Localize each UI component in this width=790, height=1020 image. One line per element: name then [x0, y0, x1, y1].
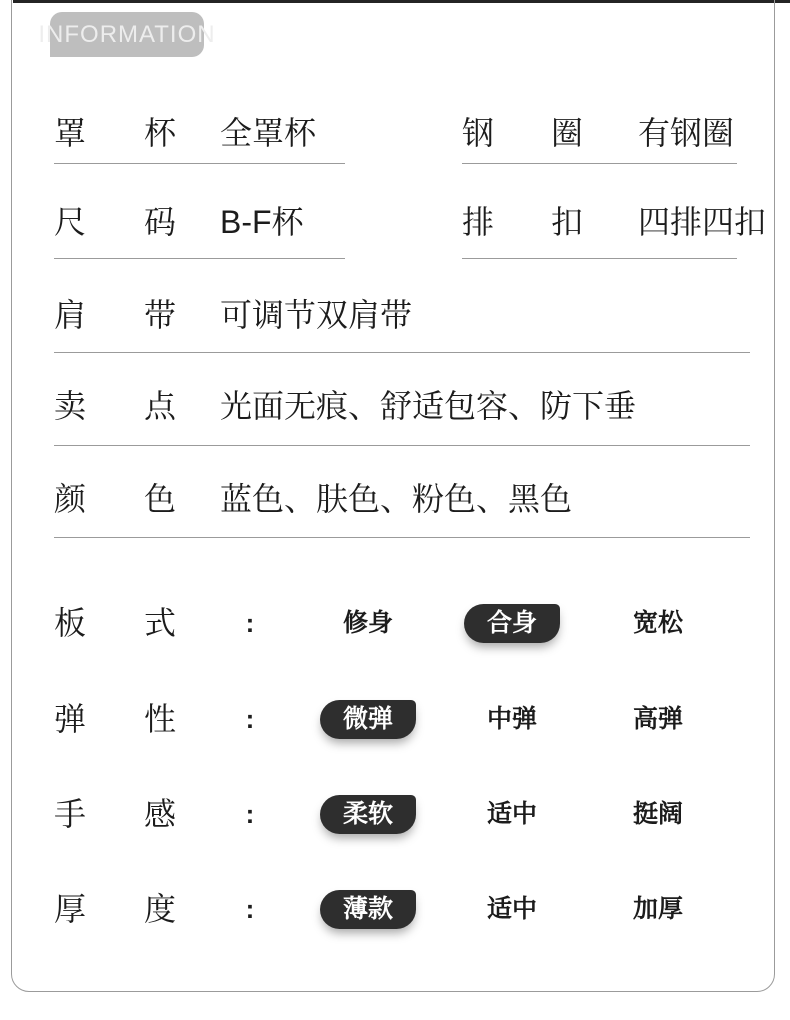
spec-value-straps: 可调节双肩带 — [220, 293, 412, 337]
spec-value-size: B-F杯 — [220, 200, 304, 244]
spec-label-cup: 罩杯 — [54, 111, 176, 155]
separator-line — [54, 163, 345, 164]
option-slot: 适中 — [437, 885, 587, 933]
spec-value-hooks: 四排四扣 — [638, 200, 766, 244]
attr-label-fit: 板式 — [54, 599, 176, 647]
information-badge: INFORMATION — [50, 12, 204, 57]
separator-line — [54, 537, 750, 538]
attr-colon: : — [240, 885, 260, 933]
spec-label-size: 尺码 — [54, 200, 176, 244]
option-chip[interactable]: 加厚 — [633, 896, 683, 923]
option-slot: 高弹 — [583, 695, 733, 743]
option-slot: 薄款 — [293, 885, 443, 933]
option-slot: 适中 — [437, 790, 587, 838]
option-slot: 挺阔 — [583, 790, 733, 838]
option-slot: 中弹 — [437, 695, 587, 743]
option-slot: 修身 — [293, 599, 443, 647]
option-slot: 柔软 — [293, 790, 443, 838]
attr-colon: : — [240, 695, 260, 743]
spec-value-wire: 有钢圈 — [638, 111, 734, 155]
spec-row-selling-points: 卖点 光面无痕、舒适包容、防下垂 — [0, 384, 790, 428]
spec-label-colors: 颜色 — [54, 477, 176, 521]
separator-line — [462, 258, 737, 259]
attr-row-elasticity: 弹性 : 微弹 中弹 高弹 — [0, 695, 790, 743]
spec-label-hooks: 排扣 — [462, 200, 583, 244]
option-chip[interactable]: 适中 — [487, 896, 537, 923]
product-information-panel: INFORMATION 罩杯 全罩杯 钢圈 有钢圈 尺码 B-F杯 排扣 四排四… — [0, 0, 790, 1020]
option-slot: 微弹 — [293, 695, 443, 743]
spec-value-cup: 全罩杯 — [220, 111, 316, 155]
spec-label-straps: 肩带 — [54, 293, 176, 337]
spec-value-selling-points: 光面无痕、舒适包容、防下垂 — [220, 384, 636, 428]
option-chip[interactable]: 挺阔 — [633, 801, 683, 828]
option-chip-selected[interactable]: 薄款 — [320, 890, 416, 929]
option-chip-selected[interactable]: 微弹 — [320, 700, 416, 739]
option-slot: 加厚 — [583, 885, 733, 933]
spec-row-straps: 肩带 可调节双肩带 — [0, 293, 790, 337]
attr-row-feel: 手感 : 柔软 适中 挺阔 — [0, 790, 790, 838]
information-badge-label: INFORMATION — [38, 21, 215, 49]
spec-label-wire: 钢圈 — [462, 111, 583, 155]
separator-line — [54, 352, 750, 353]
attr-colon: : — [240, 599, 260, 647]
option-chip[interactable]: 宽松 — [633, 610, 683, 637]
spec-row-size-hooks: 尺码 B-F杯 排扣 四排四扣 — [0, 200, 790, 244]
separator-line — [54, 258, 345, 259]
attr-label-elasticity: 弹性 — [54, 695, 176, 743]
attr-label-feel: 手感 — [54, 790, 176, 838]
spec-value-colors: 蓝色、肤色、粉色、黑色 — [220, 477, 572, 521]
option-slot: 宽松 — [583, 599, 733, 647]
attr-colon: : — [240, 790, 260, 838]
spec-label-selling-points: 卖点 — [54, 384, 176, 428]
attr-row-fit: 板式 : 修身 合身 宽松 — [0, 599, 790, 647]
top-divider — [13, 0, 790, 3]
separator-line — [462, 163, 737, 164]
option-chip[interactable]: 适中 — [487, 801, 537, 828]
option-chip[interactable]: 修身 — [343, 610, 393, 637]
spec-row-colors: 颜色 蓝色、肤色、粉色、黑色 — [0, 477, 790, 521]
spec-row-cup-wire: 罩杯 全罩杯 钢圈 有钢圈 — [0, 111, 790, 155]
option-chip-selected[interactable]: 柔软 — [320, 795, 416, 834]
separator-line — [54, 445, 750, 446]
option-chip[interactable]: 中弹 — [487, 706, 537, 733]
attr-label-thickness: 厚度 — [54, 885, 176, 933]
option-chip-selected[interactable]: 合身 — [464, 604, 560, 643]
attr-row-thickness: 厚度 : 薄款 适中 加厚 — [0, 885, 790, 933]
option-slot: 合身 — [437, 599, 587, 647]
option-chip[interactable]: 高弹 — [633, 706, 683, 733]
